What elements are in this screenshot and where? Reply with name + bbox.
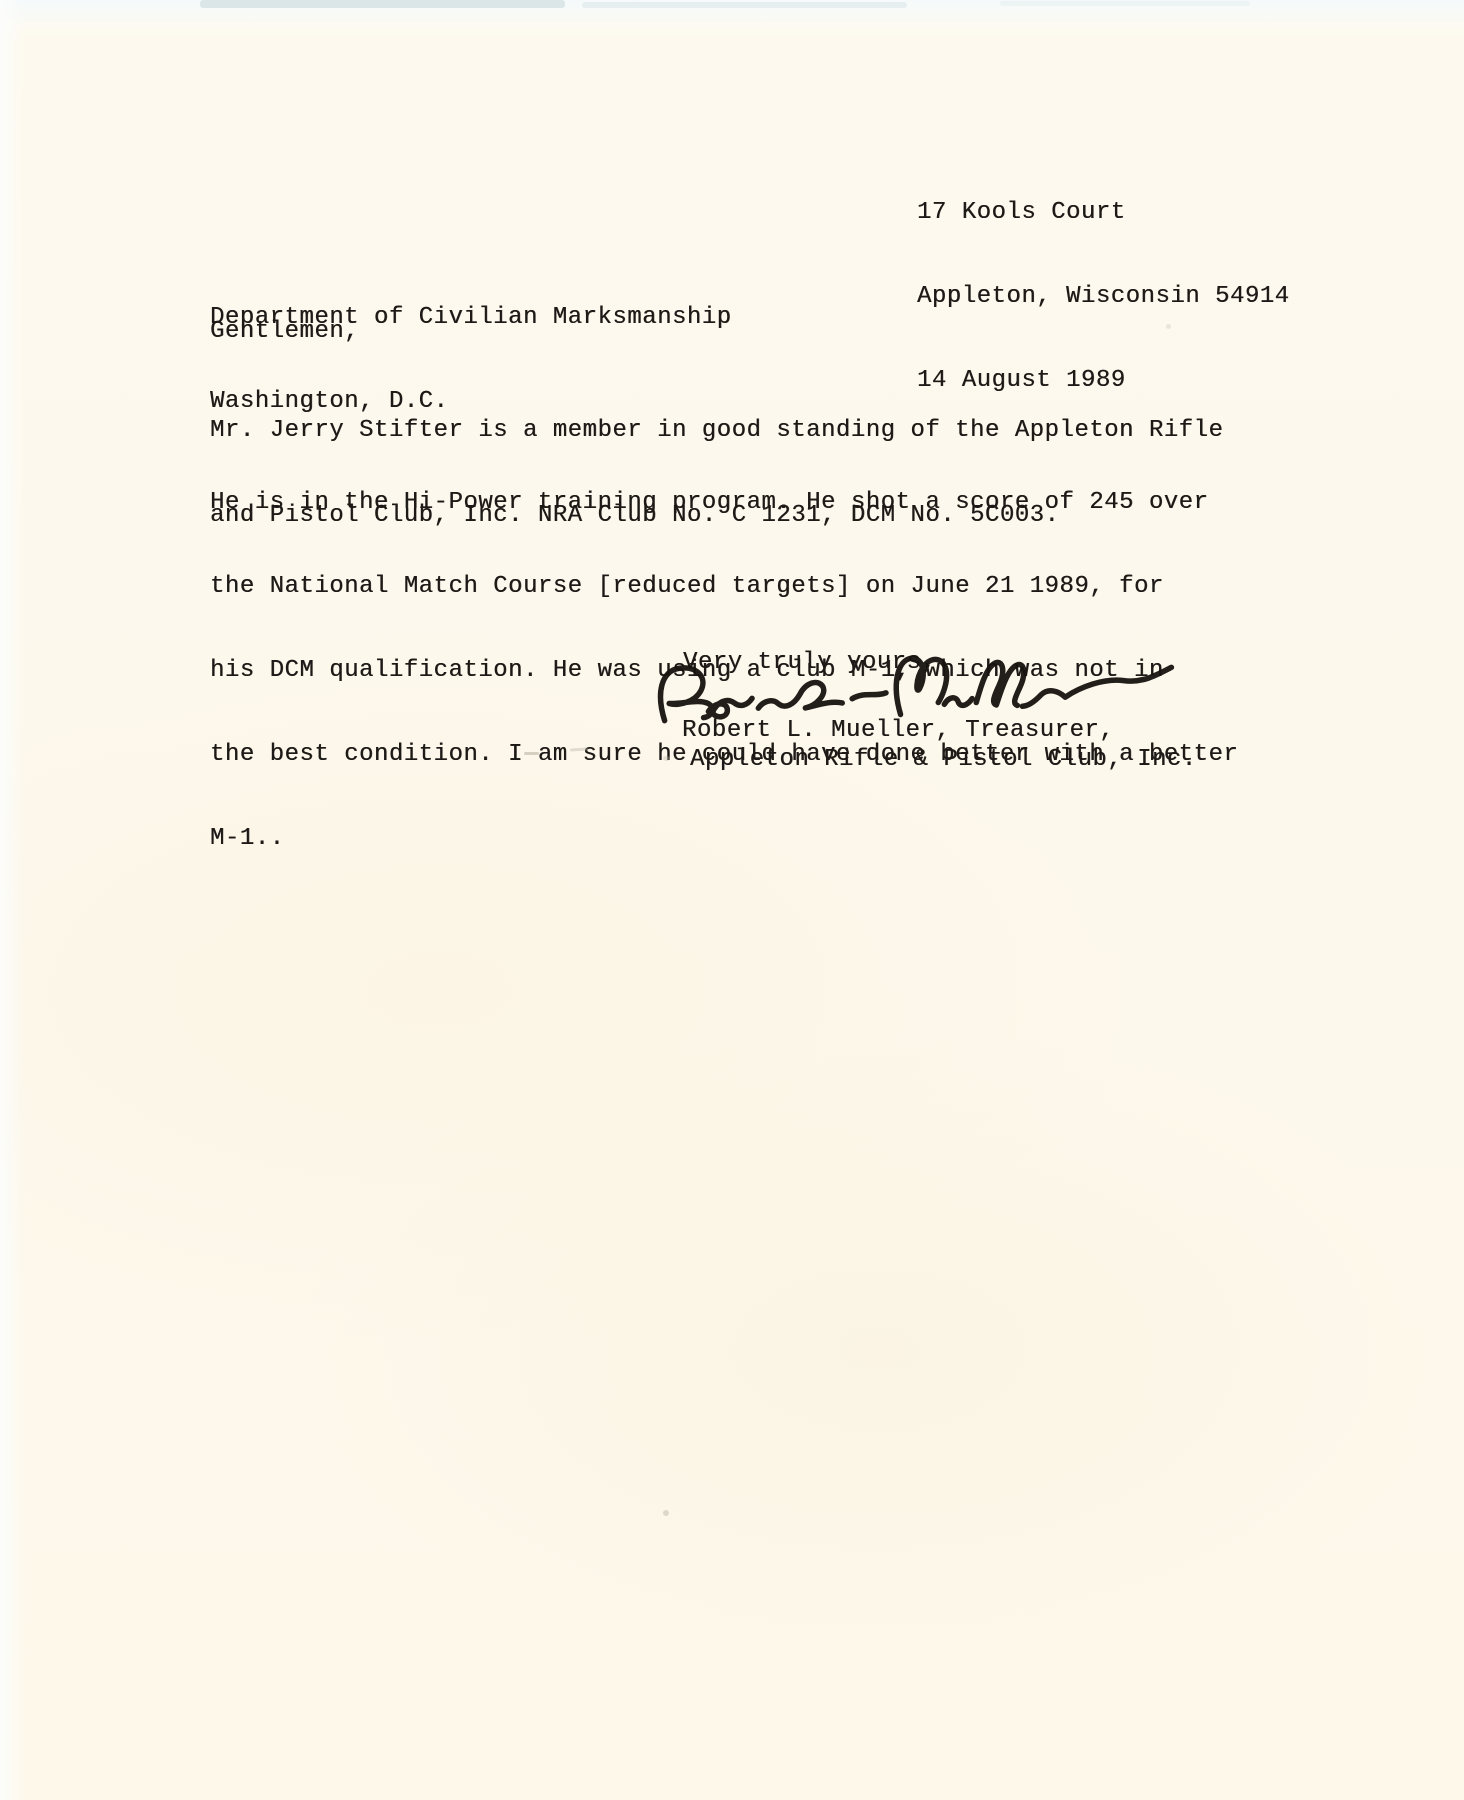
scan-streak xyxy=(1000,1,1250,6)
body-line: M-1.. xyxy=(210,825,1238,853)
scan-streak xyxy=(582,2,907,8)
sender-address-line: Appleton, Wisconsin 54914 xyxy=(917,283,1290,311)
scanned-letter-page: 17 Kools Court Appleton, Wisconsin 54914… xyxy=(0,0,1464,1800)
scan-edge-left xyxy=(0,0,26,1800)
scan-artifact xyxy=(1166,324,1171,329)
scan-artifact xyxy=(663,756,670,761)
sender-address-line: 17 Kools Court xyxy=(917,199,1290,227)
scan-artifact xyxy=(663,1510,669,1516)
organization-line: Appleton Rifle & Pistol Club, Inc. xyxy=(690,746,1197,774)
body-line: the National Match Course [reduced targe… xyxy=(210,573,1238,601)
scan-artifact xyxy=(524,752,539,755)
salutation: Gentlemen, xyxy=(210,318,359,346)
scan-streak xyxy=(200,0,565,8)
signed-by-line: Robert L. Mueller, Treasurer, xyxy=(682,717,1114,745)
body-line: He is in the Hi-Power training program. … xyxy=(210,489,1238,517)
